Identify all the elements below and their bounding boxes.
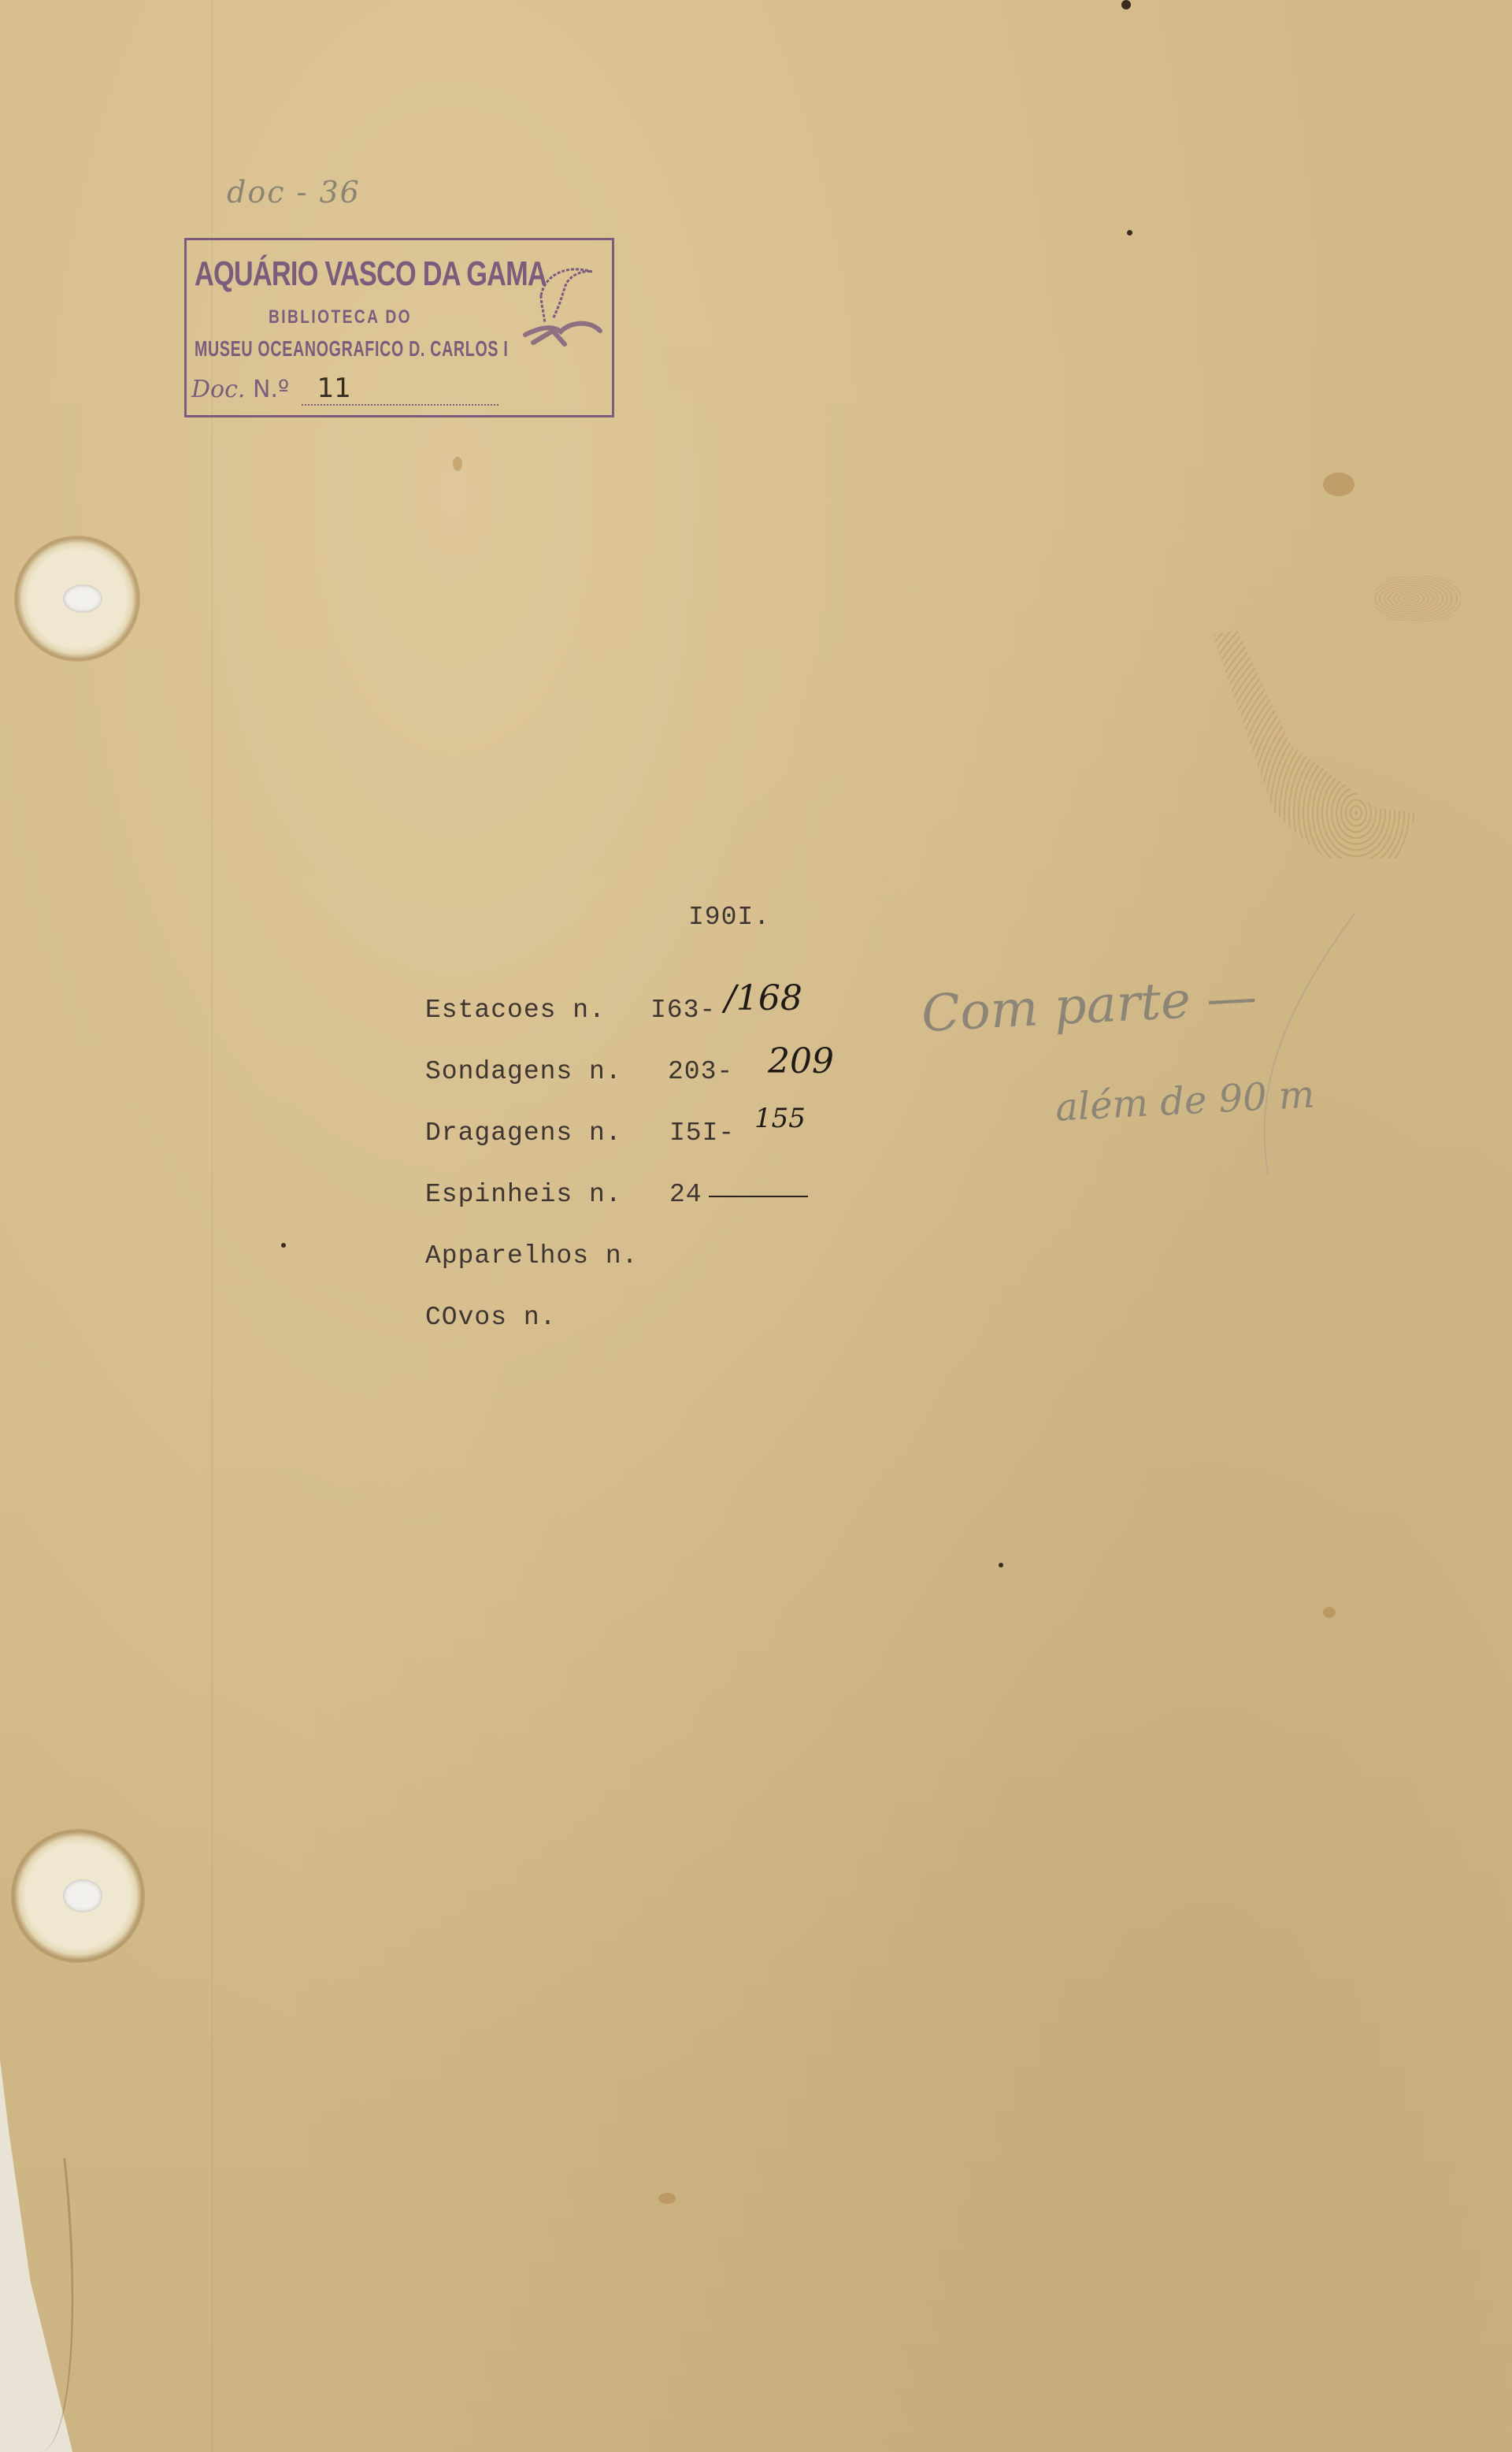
handwritten-estacoes: /168 (724, 978, 802, 1018)
punch-hole-opening (63, 1879, 102, 1912)
entry-label-covos: COvos n. (425, 1303, 556, 1332)
foxing-spot (658, 2193, 676, 2204)
dolphin-emblem-icon (517, 256, 606, 351)
handwritten-sondagens: 209 (768, 1041, 834, 1081)
number-label: N.º (253, 376, 289, 403)
archive-pencil-ref: doc - 36 (227, 175, 361, 210)
doc-label: Doc. (191, 376, 245, 403)
entry-value-sondagens: 203- (668, 1057, 733, 1086)
stamp-institution: AQUÁRIO VASCO DA GAMA (195, 254, 547, 294)
ink-speck (281, 1243, 286, 1248)
handwritten-dragagens: 155 (754, 1103, 806, 1134)
entry-label-apparelhos: Apparelhos n. (425, 1241, 638, 1271)
doc-number: 11 (302, 373, 498, 406)
entry-label-dragagens: Dragagens n. (425, 1118, 622, 1148)
punch-hole-opening (63, 584, 102, 613)
espinheis-dash-line (709, 1196, 808, 1197)
ink-speck (999, 1563, 1003, 1567)
library-stamp: AQUÁRIO VASCO DA GAMA BIBLIOTECA DO MUSE… (184, 238, 614, 417)
entry-label-sondagens: Sondagens n. (425, 1057, 622, 1086)
year-heading: I90I. (688, 903, 770, 932)
entry-label-estacoes: Estacoes n. (425, 996, 606, 1025)
stamp-library: BIBLIOTECA DO (269, 306, 412, 328)
foxing-spot (453, 457, 462, 471)
stamp-museum: MUSEU OCEANOGRAFICO D. CARLOS I (195, 336, 508, 362)
entry-label-espinheis: Espinheis n. (425, 1180, 622, 1209)
entry-value-estacoes: I63- (650, 996, 716, 1025)
ink-speck (1127, 230, 1132, 236)
foxing-spot (1323, 1607, 1336, 1618)
entry-value-espinheis: 24 (669, 1180, 702, 1209)
punch-hole-top (14, 536, 140, 662)
pencil-stroke (1134, 906, 1370, 1181)
entry-value-dragagens: I5I- (669, 1118, 735, 1148)
ink-speck (1121, 0, 1131, 9)
punch-hole-bottom (11, 1829, 145, 1963)
foxing-spot (1323, 473, 1354, 496)
stamp-doc-line: Doc. N.º 11 (191, 373, 498, 406)
fingerprint-stain-small (1374, 575, 1461, 622)
